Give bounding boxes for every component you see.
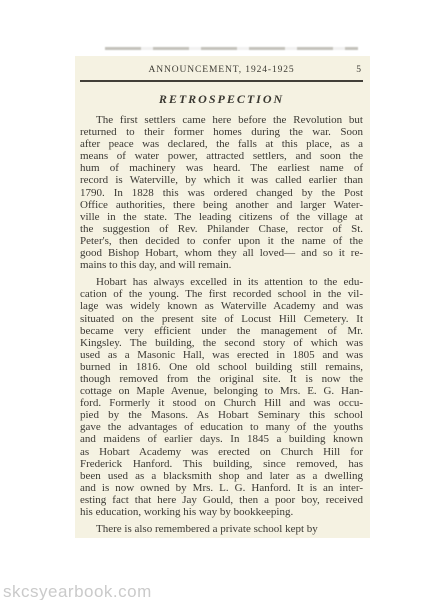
watermark-text: skcsyearbook.com <box>3 582 152 600</box>
text-line: cation of the young. The first recorded … <box>80 288 363 300</box>
text-line: been used as a blacksmith shop and later… <box>80 470 363 482</box>
text-line: pied by the Masons. As Hobart Seminary t… <box>80 409 363 421</box>
text-line: and is now owned by Mrs. L. G. Hanford. … <box>80 482 363 494</box>
paragraph-1: The first settlers came here before the … <box>80 114 363 271</box>
book-page: ANNOUNCEMENT, 1924-1925 5 RETROSPECTION … <box>75 56 370 538</box>
text-line: burned in 1816. One old school building … <box>80 361 363 373</box>
text-line: The first settlers came here before the … <box>80 114 363 126</box>
text-line: means of water power, attracted settlers… <box>80 150 363 162</box>
text-line: and maidens of earlier days. In 1845 a b… <box>80 433 363 445</box>
text-line: Peter's, then decided to confer upon it … <box>80 235 363 247</box>
running-title: ANNOUNCEMENT, 1924-1925 <box>80 64 363 76</box>
text-line: became very efficient under the manageme… <box>80 325 363 337</box>
text-line: returned to their former homes during th… <box>80 126 363 138</box>
text-line: Frederick Hanford. This building, since … <box>80 458 363 470</box>
text-line: his education, working his way by bookke… <box>80 506 363 518</box>
text-line: 1790. In 1828 this was ordered changed b… <box>80 187 363 199</box>
text-line: There is also remembered a private schoo… <box>80 523 363 535</box>
text-line: Office authorities, there being another … <box>80 199 363 211</box>
scanned-page-view: ANNOUNCEMENT, 1924-1925 5 RETROSPECTION … <box>0 0 440 600</box>
text-line: record is Waterville, by which it was ca… <box>80 174 363 186</box>
text-line: gave the advantages of education to many… <box>80 421 363 433</box>
text-line: Hobart has always excelled in its attent… <box>80 276 363 288</box>
body-text: The first settlers came here before the … <box>80 114 363 535</box>
text-line: esting fact that here Jay Gould, then a … <box>80 494 363 506</box>
text-line: the suggestion of Rev. Philander Chase, … <box>80 223 363 235</box>
text-line: Kingsley. The building, the second story… <box>80 337 363 349</box>
text-line: ford. Formerly it stood on Church Hill a… <box>80 397 363 409</box>
text-line: as Hobart Academy was erected on Church … <box>80 446 363 458</box>
text-line: hum of machinery was heard. The earliest… <box>80 162 363 174</box>
section-title: RETROSPECTION <box>80 93 363 106</box>
text-line: situated on the present site of Locust H… <box>80 313 363 325</box>
text-line: cottage on Maple Avenue, belonging to Mr… <box>80 385 363 397</box>
text-line: though removed from the original site. I… <box>80 373 363 385</box>
text-line: after peace was declared, the falls at t… <box>80 138 363 150</box>
text-line: lage was widely known as Waterville Acad… <box>80 300 363 312</box>
text-line: used as a Masonic Hall, was erected in 1… <box>80 349 363 361</box>
text-line: mains to this day, and will remain. <box>80 259 363 271</box>
text-line: ville in the state. The leading citizens… <box>80 211 363 223</box>
paragraph-3: There is also remembered a private schoo… <box>80 523 363 535</box>
text-line: good Bishop Hobart, whom they all loved—… <box>80 247 363 259</box>
page-number: 5 <box>356 64 361 76</box>
header-rule <box>80 80 363 82</box>
page-header: ANNOUNCEMENT, 1924-1925 5 <box>80 64 363 76</box>
page-edge-smudge <box>105 47 358 50</box>
paragraph-2: Hobart has always excelled in its attent… <box>80 276 363 518</box>
